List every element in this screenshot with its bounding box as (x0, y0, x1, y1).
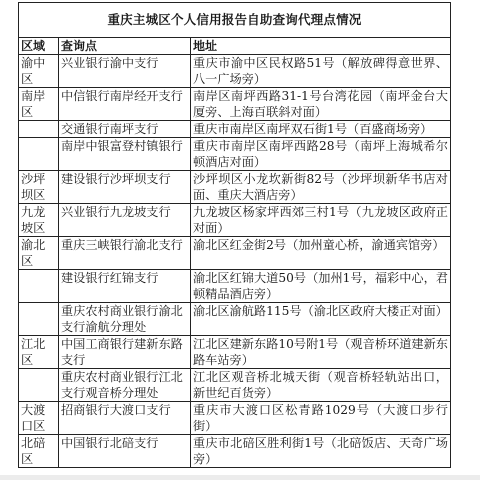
query-point-cell: 兴业银行渝中支行 (59, 55, 191, 88)
table-row: 大渡口区招商银行大渡口支行重庆市大渡口区松青路1029号（大渡口步行街） (19, 402, 451, 435)
region-cell: 南岸区 (19, 88, 59, 121)
region-cell: 江北区 (19, 336, 59, 369)
region-cell: 渝中区 (19, 55, 59, 88)
column-header-address: 地址 (191, 38, 451, 55)
query-point-cell: 兴业银行九龙坡支行 (59, 204, 191, 237)
region-cell (19, 369, 59, 402)
query-point-cell: 中国银行北碚支行 (59, 435, 191, 468)
address-cell: 江北区建新东路10号附1号（观音桥环道建新东路车站旁） (191, 336, 451, 369)
table-row: 北碚区中国银行北碚支行重庆市北碚区胜利街1号（北碚饭店、天奇广场旁） (19, 435, 451, 468)
table-row: 沙坪坝区建设银行沙坪坝支行沙坪坝区小龙坎新街82号（沙坪坝新华书店对面、重庆大酒… (19, 171, 451, 204)
table-row: 建设银行红锦支行渝北区红锦大道50号（加州1号，福彩中心，君顿精品酒店旁） (19, 270, 451, 303)
table-row: 重庆农村商业银行渝北支行渝航分理处渝北区渝航路115号（渝北区政府大楼正对面） (19, 303, 451, 336)
address-cell: 沙坪坝区小龙坎新街82号（沙坪坝新华书店对面、重庆大酒店旁） (191, 171, 451, 204)
header-row: 区域 查询点 地址 (19, 38, 451, 55)
address-cell: 渝北区红金街2号（加州童心桥，渝通宾馆旁） (191, 237, 451, 270)
address-cell: 重庆市渝中区民权路51号（解放碑得意世界、八一广场旁） (191, 55, 451, 88)
region-cell: 渝北区 (19, 237, 59, 270)
table-row: 重庆农村商业银行江北支行观音桥分理处江北区观音桥北城天街（观音桥轻轨站出口，新世… (19, 369, 451, 402)
region-cell (19, 270, 59, 303)
agency-table: 重庆主城区个人信用报告自助查询代理点情况 区域 查询点 地址 渝中区兴业银行渝中… (18, 2, 451, 468)
query-point-cell: 重庆三峡银行渝北支行 (59, 237, 191, 270)
query-point-cell: 建设银行红锦支行 (59, 270, 191, 303)
document-title: 重庆主城区个人信用报告自助查询代理点情况 (19, 3, 451, 38)
region-cell: 沙坪坝区 (19, 171, 59, 204)
region-cell (19, 138, 59, 171)
query-point-cell: 重庆农村商业银行江北支行观音桥分理处 (59, 369, 191, 402)
credit-report-agency-document: 重庆主城区个人信用报告自助查询代理点情况 区域 查询点 地址 渝中区兴业银行渝中… (18, 2, 451, 468)
query-point-cell: 中信银行南岸经开支行 (59, 88, 191, 121)
address-cell: 重庆市南岸区南坪西路28号（南坪上海城希尔顿酒店对面） (191, 138, 451, 171)
query-point-cell: 南岸中银富登村镇银行 (59, 138, 191, 171)
region-cell (19, 121, 59, 138)
region-cell: 北碚区 (19, 435, 59, 468)
query-point-cell: 交通银行南坪支行 (59, 121, 191, 138)
table-row: 南岸区中信银行南岸经开支行南岸区南坪西路31-1号台湾花园（南坪金台大厦旁、上海… (19, 88, 451, 121)
address-cell: 渝北区红锦大道50号（加州1号，福彩中心，君顿精品酒店旁） (191, 270, 451, 303)
title-row: 重庆主城区个人信用报告自助查询代理点情况 (19, 3, 451, 38)
region-cell: 大渡口区 (19, 402, 59, 435)
table-row: 九龙坡区兴业银行九龙坡支行九龙坡区杨家坪西郊三村1号（九龙坡区政府正对面） (19, 204, 451, 237)
query-point-cell: 招商银行大渡口支行 (59, 402, 191, 435)
table-row: 渝北区重庆三峡银行渝北支行渝北区红金街2号（加州童心桥，渝通宾馆旁） (19, 237, 451, 270)
address-cell: 九龙坡区杨家坪西郊三村1号（九龙坡区政府正对面） (191, 204, 451, 237)
table-row: 渝中区兴业银行渝中支行重庆市渝中区民权路51号（解放碑得意世界、八一广场旁） (19, 55, 451, 88)
table-row: 江北区中国工商银行建新东路支行江北区建新东路10号附1号（观音桥环道建新东路车站… (19, 336, 451, 369)
address-cell: 重庆市南岸区南坪双石街1号（百盛商场旁） (191, 121, 451, 138)
address-cell: 江北区观音桥北城天街（观音桥轻轨站出口，新世纪百货旁） (191, 369, 451, 402)
address-cell: 南岸区南坪西路31-1号台湾花园（南坪金台大厦旁、上海百联斜对面） (191, 88, 451, 121)
column-header-point: 查询点 (59, 38, 191, 55)
table-row: 交通银行南坪支行重庆市南岸区南坪双石街1号（百盛商场旁） (19, 121, 451, 138)
address-cell: 重庆市大渡口区松青路1029号（大渡口步行街） (191, 402, 451, 435)
region-cell (19, 303, 59, 336)
query-point-cell: 建设银行沙坪坝支行 (59, 171, 191, 204)
address-cell: 重庆市北碚区胜利街1号（北碚饭店、天奇广场旁） (191, 435, 451, 468)
table-row: 南岸中银富登村镇银行重庆市南岸区南坪西路28号（南坪上海城希尔顿酒店对面） (19, 138, 451, 171)
table-body: 渝中区兴业银行渝中支行重庆市渝中区民权路51号（解放碑得意世界、八一广场旁）南岸… (19, 55, 451, 468)
column-header-region: 区域 (19, 38, 59, 55)
region-cell: 九龙坡区 (19, 204, 59, 237)
bottom-edge-strip (0, 475, 480, 480)
address-cell: 渝北区渝航路115号（渝北区政府大楼正对面） (191, 303, 451, 336)
query-point-cell: 重庆农村商业银行渝北支行渝航分理处 (59, 303, 191, 336)
query-point-cell: 中国工商银行建新东路支行 (59, 336, 191, 369)
